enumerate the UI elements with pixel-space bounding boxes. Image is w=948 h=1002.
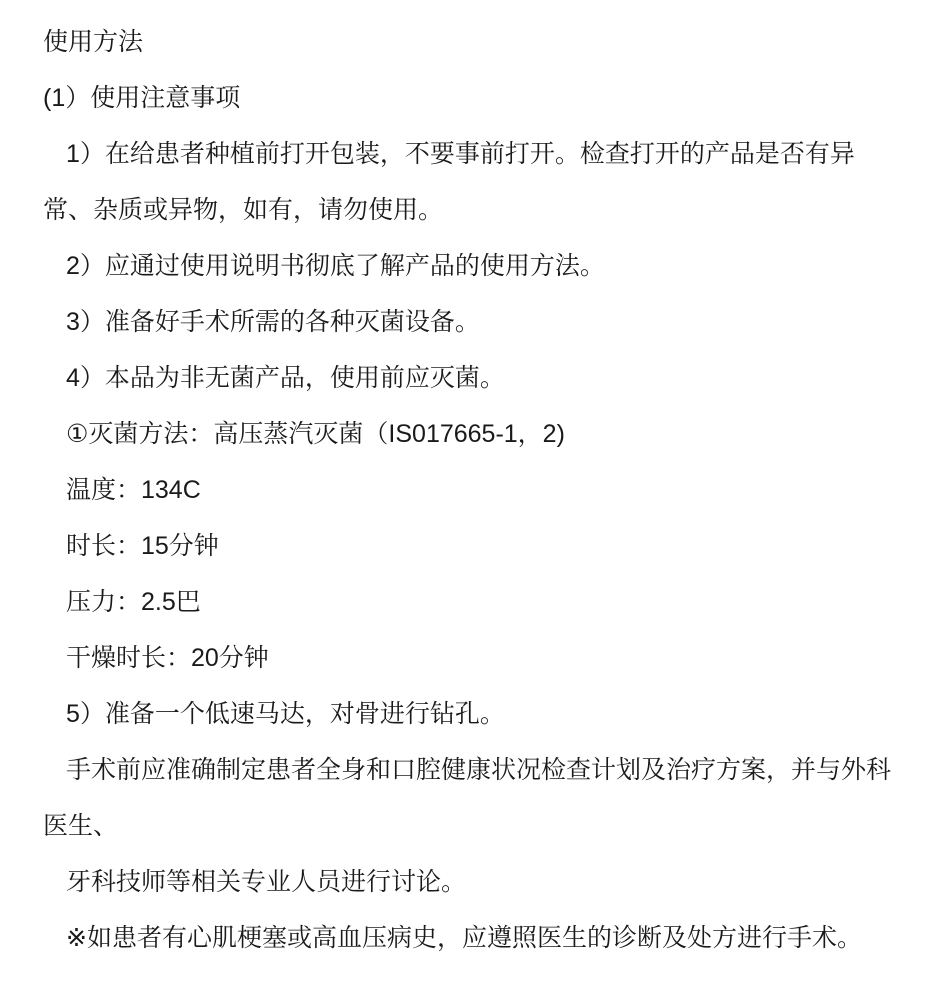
- surgery-plan-line-1: 手术前应准确制定患者全身和口腔健康状况检查计划及治疗方案，并与外科: [0, 742, 948, 798]
- item-2: 2）应通过使用说明书彻底了解产品的使用方法。: [0, 238, 948, 294]
- item-5: 5）准备一个低速马达，对骨进行钻孔。: [0, 686, 948, 742]
- sterilization-method: ①灭菌方法：高压蒸汽灭菌（IS017665-1，2): [0, 406, 948, 462]
- param-temperature: 温度：134C: [0, 462, 948, 518]
- warning-note: ※如患者有心肌梗塞或高血压病史，应遵照医生的诊断及处方进行手术。: [0, 910, 948, 966]
- surgery-plan-line-2: 医生、: [0, 798, 948, 854]
- param-drying-duration: 干燥时长：20分钟: [0, 630, 948, 686]
- item-4: 4）本品为非无菌产品，使用前应灭菌。: [0, 350, 948, 406]
- item-1-line-2: 常、杂质或异物，如有，请勿使用。: [0, 182, 948, 238]
- item-1-line-1: 1）在给患者种植前打开包装，不要事前打开。检查打开的产品是否有异: [0, 126, 948, 182]
- page-title: 使用方法: [0, 14, 948, 70]
- document-page: 使用方法 (1）使用注意事项 1）在给患者种植前打开包装，不要事前打开。检查打开…: [0, 0, 948, 1002]
- param-pressure: 压力：2.5巴: [0, 574, 948, 630]
- surgery-plan-line-3: 牙科技师等相关专业人员进行讨论。: [0, 854, 948, 910]
- section-1-heading: (1）使用注意事项: [0, 70, 948, 126]
- param-duration: 时长：15分钟: [0, 518, 948, 574]
- item-3: 3）准备好手术所需的各种灭菌设备。: [0, 294, 948, 350]
